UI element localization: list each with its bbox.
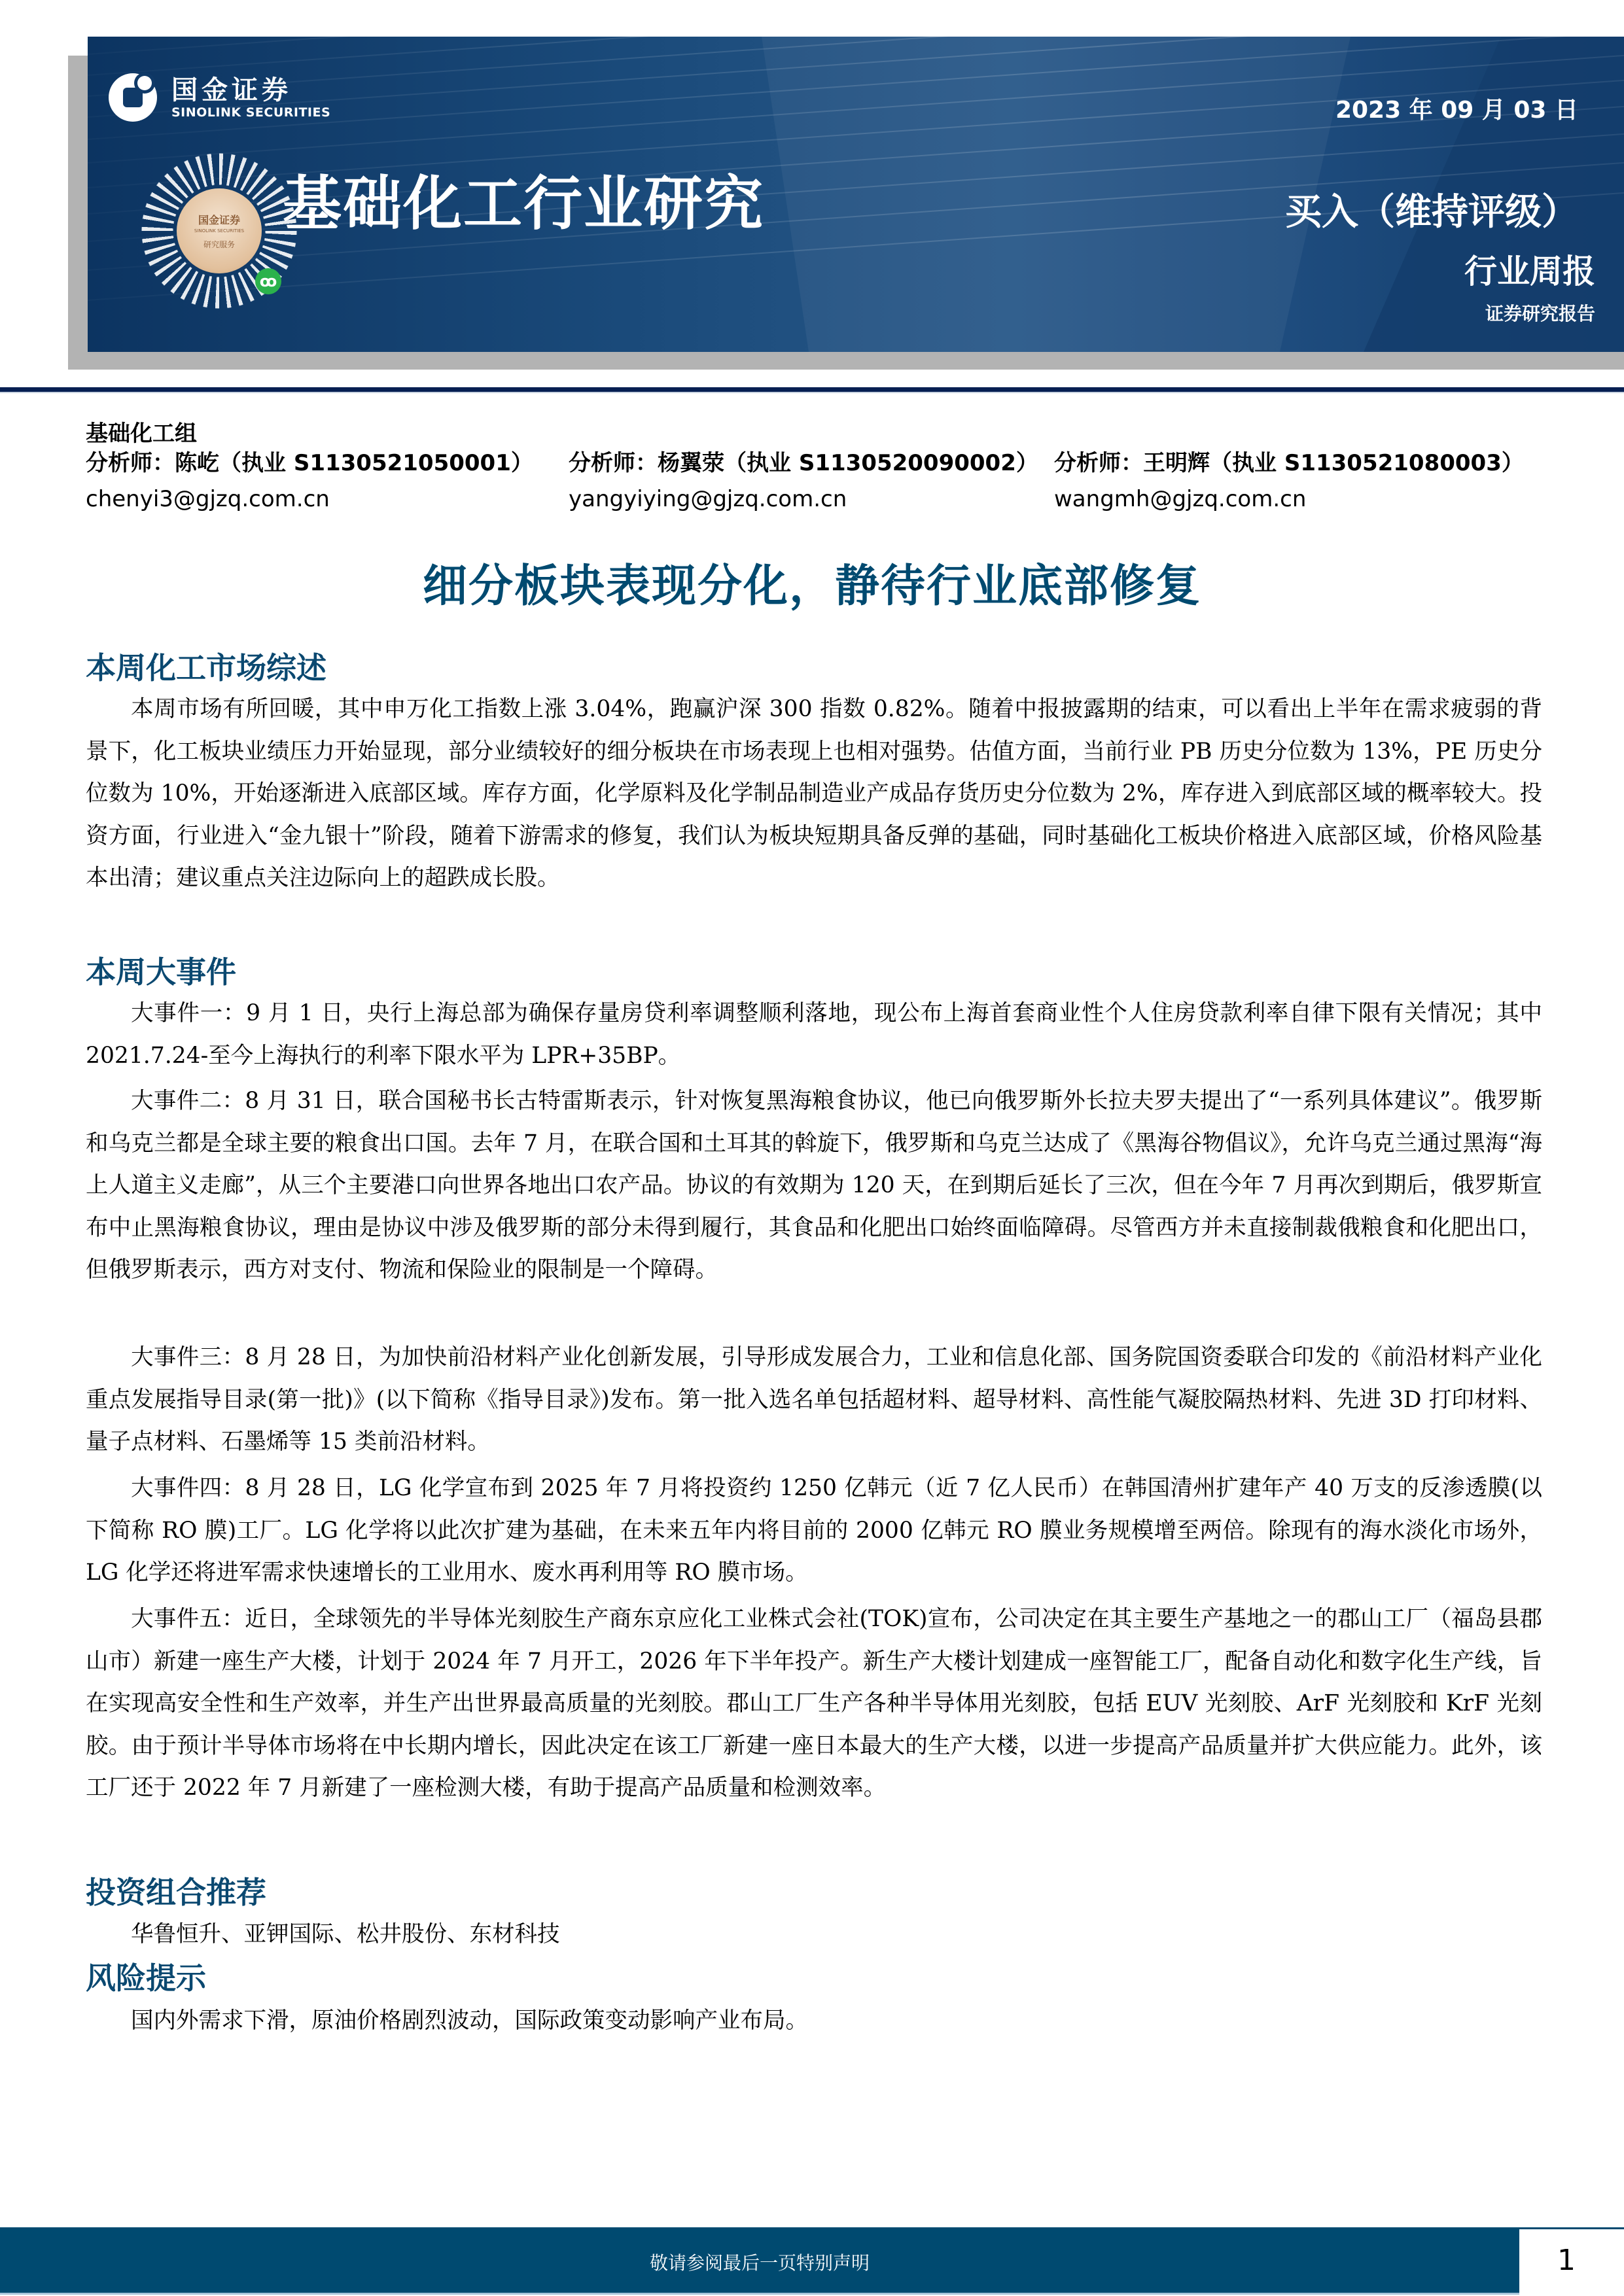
footer-disclaimer: 敬请参阅最后一页特别声明 [0, 2249, 1519, 2275]
event-paragraph: 大事件五：近日，全球领先的半导体光刻胶生产商东京应化工业株式会社(TOK)宣布，… [86, 1598, 1542, 1809]
analyst-item: 分析师：陈屹（执业 S1130521050001） chenyi3@gjzq.c… [86, 445, 533, 512]
page-number: 1 [1557, 2244, 1576, 2277]
portfolio-list: 华鲁恒升、亚钾国际、松井股份、东材科技 [86, 1915, 560, 1948]
event-paragraph: 大事件二：8 月 31 日，联合国秘书长古特雷斯表示，针对恢复黑海粮食协议，他已… [86, 1080, 1542, 1291]
section-heading-risk: 风险提示 [86, 1955, 206, 1998]
company-name-en: SINOLINK SECURITIES [171, 105, 330, 120]
rating-badge: 买入（维持评级） [1285, 183, 1578, 235]
analyst-email[interactable]: chenyi3@gjzq.com.cn [86, 486, 533, 512]
company-logo: 国金证券 SINOLINK SECURITIES [109, 73, 330, 122]
event-paragraph: 大事件一：9 月 1 日，央行上海总部为确保存量房贷利率调整顺利落地，现公布上海… [86, 992, 1542, 1077]
report-date: 2023 年 09 月 03 日 [1335, 92, 1578, 125]
analyst-item: 分析师：王明辉（执业 S1130521080003） wangmh@gjzq.c… [1054, 445, 1524, 512]
company-name-cn: 国金证券 [171, 75, 330, 105]
risk-text: 国内外需求下滑，原油价格剧烈波动，国际政策变动影响产业布局。 [86, 2002, 808, 2034]
analyst-label: 分析师：王明辉（执业 S1130521080003） [1054, 445, 1524, 477]
page-title: 细分板块表现分化，静待行业底部修复 [0, 551, 1624, 614]
mini-program-icon: ꝏ [255, 268, 281, 294]
analyst-label: 分析师：杨翼荥（执业 S1130520090002） [569, 445, 1038, 477]
analyst-email[interactable]: wangmh@gjzq.com.cn [1054, 486, 1524, 512]
team-name: 基础化工组 [86, 415, 197, 447]
analyst-email[interactable]: yangyiying@gjzq.com.cn [569, 486, 1038, 512]
section-heading-events: 本周大事件 [86, 948, 236, 992]
report-subtitle: 证券研究报告 [1485, 300, 1595, 326]
header-divider [0, 387, 1624, 393]
overview-paragraph: 本周市场有所回暖，其中申万化工指数上涨 3.04%，跑赢沪深 300 指数 0.… [86, 688, 1542, 899]
event-paragraph: 大事件四：8 月 28 日，LG 化学宣布到 2025 年 7 月将投资约 12… [86, 1467, 1542, 1594]
event-paragraph: 大事件三：8 月 28 日，为加快前沿材料产业化创新发展，引导形成发展合力，工业… [86, 1336, 1542, 1463]
section-heading-portfolio: 投资组合推荐 [86, 1869, 266, 1912]
report-type-title: 基础化工行业研究 [0, 171, 1047, 237]
sinolink-logo-icon [109, 73, 157, 122]
analyst-item: 分析师：杨翼荥（执业 S1130520090002） yangyiying@gj… [569, 445, 1038, 512]
footer-rule [1519, 2227, 1624, 2229]
report-kind: 行业周报 [1464, 245, 1595, 292]
analyst-label: 分析师：陈屹（执业 S1130521050001） [86, 445, 533, 477]
section-heading-overview: 本周化工市场综述 [86, 644, 327, 687]
